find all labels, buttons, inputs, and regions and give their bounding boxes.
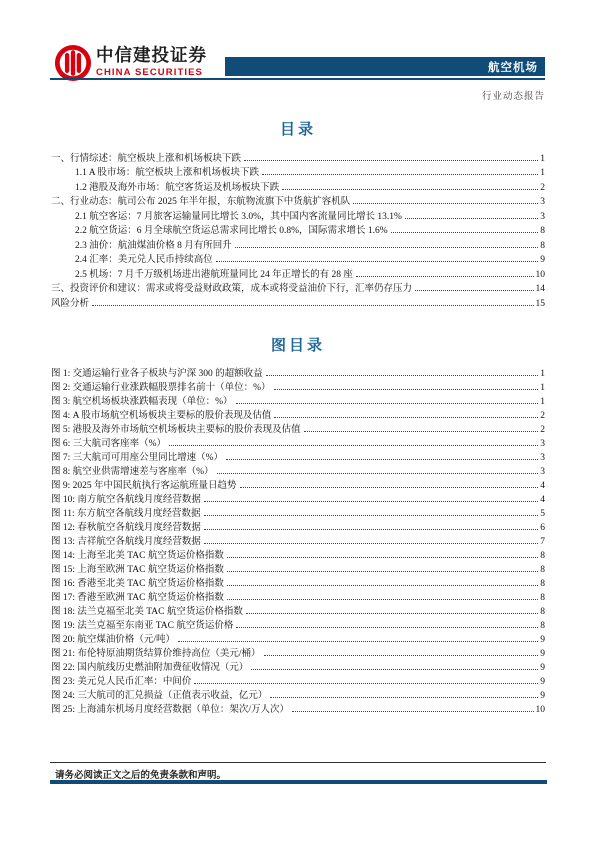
figure-entry-page: 9 (540, 635, 545, 645)
dot-leader (204, 543, 538, 544)
figure-entry[interactable]: 图 24: 三大航司的汇兑损益（正值表示收益，亿元） 9 (51, 687, 545, 701)
toc-entry[interactable]: 2.4 汇率：美元兑人民币持续高位 9 (51, 251, 545, 266)
figure-entry-page: 3 (540, 467, 545, 477)
figure-entry-label: 图 4: A 股市场航空机场板块主要标的股价表现及估值 (51, 407, 271, 421)
figure-entry[interactable]: 图 5: 港股及海外市场航空机场板块主要标的股价表现及估值 2 (51, 421, 545, 435)
dot-leader (227, 571, 538, 572)
toc-entry-label: 二、行业动态：航司公布 2025 年半年报，东航物流旗下中货航扩容机队 (51, 193, 350, 207)
dot-leader (262, 174, 538, 175)
toc-entry-label: 2.2 航空货运：6 月全球航空货运总需求同比增长 0.8%，国际需求增长 1.… (75, 222, 388, 236)
citic-logo-icon (54, 44, 92, 82)
figure-entry[interactable]: 图 13: 吉祥航空各航线月度经营数据 7 (51, 533, 545, 547)
toc-entry-label: 2.3 油价：航油煤油价格 8 月有所回升 (75, 237, 232, 251)
toc-entry[interactable]: 三、投资评价和建议：需求或将受益财政政策，成本或将受益油价下行，汇率仍存压力 1… (51, 280, 545, 295)
dot-leader (204, 515, 539, 516)
figure-entry-page: 1 (540, 397, 545, 407)
toc-entry[interactable]: 1.1 A 股市场：航空板块上涨和机场板块下跌 1 (51, 164, 545, 179)
figure-entry-label: 图 12: 春秋航空各航线月度经营数据 (51, 519, 201, 533)
toc-entry-page: 10 (536, 270, 546, 280)
figure-entry-page: 6 (540, 523, 545, 533)
toc-entry-label: 1.2 港股及海外市场：航空客货运及机场板块下跌 (75, 179, 279, 193)
figure-entry[interactable]: 图 3: 航空机场板块涨跌幅表现（单位：%） 1 (51, 393, 545, 407)
figure-entry-label: 图 3: 航空机场板块涨跌幅表现（单位：%） (51, 393, 233, 407)
toc-entry[interactable]: 一、行情综述：航空板块上涨和机场板块下跌 1 (51, 149, 545, 164)
figure-entry-label: 图 14: 上海至北美 TAC 航空货运价格指数 (51, 547, 224, 561)
figure-entry-label: 图 7: 三大航司可用座公里同比增速（%） (51, 449, 223, 463)
figure-entry-label: 图 17: 香港至欧洲 TAC 航空货运价格指数 (51, 589, 224, 603)
dot-leader (236, 627, 538, 628)
toc-entry[interactable]: 风险分析 15 (51, 294, 545, 309)
figure-entry-page: 1 (540, 383, 545, 393)
dot-leader (356, 276, 534, 277)
figure-entry-page: 2 (540, 425, 545, 435)
toc-entry[interactable]: 2.1 航空客运：7 月旅客运输量同比增长 3.0%，其中国内客流量同比增长 1… (51, 207, 545, 222)
report-type-label: 行业动态报告 (482, 88, 545, 102)
dot-leader (227, 599, 538, 600)
footer-rule-thin (50, 762, 546, 763)
toc-entry-label: 2.4 汇率：美元兑人民币持续高位 (75, 251, 213, 265)
dot-leader (266, 375, 539, 376)
toc-entry-page: 8 (540, 226, 545, 236)
toc-entry-page: 8 (540, 241, 545, 251)
figure-entry-page: 9 (540, 677, 545, 687)
toc-entry[interactable]: 二、行业动态：航司公布 2025 年半年报，东航物流旗下中货航扩容机队 3 (51, 193, 545, 208)
dot-leader (92, 305, 533, 306)
figure-entry-page: 4 (540, 495, 545, 505)
dot-leader (292, 711, 533, 712)
figure-entry[interactable]: 图 12: 春秋航空各航线月度经营数据 6 (51, 519, 545, 533)
dot-leader (264, 655, 539, 656)
toc-entry-label: 2.1 航空客运：7 月旅客运输量同比增长 3.0%，其中国内客流量同比增长 1… (75, 208, 402, 222)
dot-leader (235, 247, 538, 248)
figure-entry-page: 8 (540, 565, 545, 575)
toc-entry-label: 1.1 A 股市场：航空板块上涨和机场板块下跌 (75, 164, 259, 178)
dot-leader (270, 697, 538, 698)
toc-entry-page: 15 (536, 299, 546, 309)
figure-entry-page: 8 (540, 621, 545, 631)
dot-leader (216, 261, 538, 262)
figure-entry-page: 8 (540, 607, 545, 617)
footer-disclaimer: 请务必阅读正文之后的免责条款和声明。 (55, 767, 226, 781)
figure-entry[interactable]: 图 2: 交通运输行业涨跌幅股票排名前十（单位：%） 1 (51, 379, 545, 393)
toc-entry[interactable]: 1.2 港股及海外市场：航空客货运及机场板块下跌 2 (51, 178, 545, 193)
figure-entry-label: 图 16: 香港至北美 TAC 航空货运价格指数 (51, 575, 224, 589)
figure-entry[interactable]: 图 7: 三大航司可用座公里同比增速（%） 3 (51, 449, 545, 463)
figure-entry[interactable]: 图 22: 国内航线历史燃油附加费征收情况（元） 9 (51, 659, 545, 673)
figure-entry[interactable]: 图 21: 布伦特原油期货结算价维持高位（美元/桶） 9 (51, 645, 545, 659)
figure-entry[interactable]: 图 9: 2025 年中国民航执行客运航班量日趋势 4 (51, 477, 545, 491)
figure-entry[interactable]: 图 18: 法兰克福至北美 TAC 航空货运价格指数 8 (51, 603, 545, 617)
figure-entry-label: 图 22: 国内航线历史燃油附加费征收情况（元） (51, 659, 248, 673)
dot-leader (204, 529, 538, 530)
toc-entry-label: 2.5 机场：7 月千万级机场进出港航班量同比 24 年正增长的有 28 座 (75, 266, 353, 280)
figure-entry-label: 图 10: 南方航空各航线月度经营数据 (51, 491, 201, 505)
figure-entry-page: 2 (540, 411, 545, 421)
brand-name-en: CHINA SECURITIES (96, 68, 207, 78)
header-rule (50, 78, 545, 80)
dot-leader (304, 431, 539, 432)
figure-entry-label: 图 8: 航空业供需增速差与客座率（%） (51, 463, 214, 477)
figure-entry[interactable]: 图 19: 法兰克福至东南亚 TAC 航空货运价格 8 (51, 617, 545, 631)
figure-entry[interactable]: 图 20: 航空煤油价格（元/吨） 9 (51, 631, 545, 645)
brand-text: 中信建投证券 CHINA SECURITIES (96, 47, 207, 77)
figure-entry-label: 图 25: 上海浦东机场月度经营数据（单位：架次/万人次） (51, 701, 289, 715)
toc-entry-page: 1 (540, 154, 545, 164)
figure-entry-page: 9 (540, 663, 545, 673)
figure-list-title: 图目录 (51, 334, 545, 355)
figure-entry[interactable]: 图 16: 香港至北美 TAC 航空货运价格指数 8 (51, 575, 545, 589)
toc-list: 一、行情综述：航空板块上涨和机场板块下跌 1 1.1 A 股市场：航空板块上涨和… (51, 149, 545, 309)
figure-entry[interactable]: 图 17: 香港至欧洲 TAC 航空货运价格指数 8 (51, 589, 545, 603)
footer-rule-thick (50, 780, 547, 784)
figure-entry-page: 10 (536, 705, 546, 715)
figure-entry-page: 4 (540, 481, 545, 491)
toc-entry-page: 3 (540, 212, 545, 222)
main-content: 目录 一、行情综述：航空板块上涨和机场板块下跌 1 1.1 A 股市场：航空板块… (51, 112, 545, 715)
toc-entry-page: 2 (540, 183, 545, 193)
figure-entry-page: 8 (540, 579, 545, 589)
figure-entry[interactable]: 图 23: 美元兑人民币汇率：中间价 9 (51, 673, 545, 687)
dot-leader (282, 189, 538, 190)
dot-leader (246, 613, 538, 614)
figure-entry[interactable]: 图 11: 东方航空各航线月度经营数据 5 (51, 505, 545, 519)
figure-entry-label: 图 2: 交通运输行业涨跌幅股票排名前十（单位：%） (51, 379, 271, 393)
figure-entry-page: 9 (540, 649, 545, 659)
figure-entry[interactable]: 图 4: A 股市场航空机场板块主要标的股价表现及估值 2 (51, 407, 545, 421)
brand-name-cn: 中信建投证券 (96, 47, 207, 65)
figure-entry[interactable]: 图 10: 南方航空各航线月度经营数据 4 (51, 491, 545, 505)
dot-leader (217, 473, 539, 474)
dot-leader (391, 232, 539, 233)
toc-entry[interactable]: 2.3 油价：航油煤油价格 8 月有所回升 8 (51, 236, 545, 251)
figure-entry-page: 7 (540, 537, 545, 547)
toc-entry-page: 9 (540, 255, 545, 265)
figure-entry-page: 8 (540, 551, 545, 561)
figure-entry-page: 1 (540, 369, 545, 379)
figure-entry[interactable]: 图 25: 上海浦东机场月度经营数据（单位：架次/万人次） 10 (51, 701, 545, 715)
dot-leader (274, 389, 539, 390)
figure-entry-page: 3 (540, 453, 545, 463)
figure-entry-page: 9 (540, 691, 545, 701)
dot-leader (178, 641, 538, 642)
figure-entry-page: 3 (540, 439, 545, 449)
figure-entry-label: 图 1: 交通运输行业各子板块与沪深 300 的超额收益 (51, 365, 263, 379)
toc-entry-page: 1 (540, 168, 545, 178)
figure-entry-page: 5 (540, 509, 545, 519)
dot-leader (251, 669, 538, 670)
figure-list: 图 1: 交通运输行业各子板块与沪深 300 的超额收益 1 图 2: 交通运输… (51, 365, 545, 715)
toc-entry[interactable]: 2.2 航空货运：6 月全球航空货运总需求同比增长 0.8%，国际需求增长 1.… (51, 222, 545, 237)
figure-entry-label: 图 13: 吉祥航空各航线月度经营数据 (51, 533, 201, 547)
dot-leader (236, 403, 539, 404)
dot-leader (226, 459, 538, 460)
figure-entry-label: 图 5: 港股及海外市场航空机场板块主要标的股价表现及估值 (51, 421, 301, 435)
category-tag-label: 航空机场 (488, 59, 538, 75)
figure-entry-label: 图 15: 上海至欧洲 TAC 航空货运价格指数 (51, 561, 224, 575)
figure-entry-label: 图 24: 三大航司的汇兑损益（正值表示收益，亿元） (51, 687, 267, 701)
dot-leader (405, 218, 538, 219)
toc-entry-label: 风险分析 (51, 295, 89, 309)
figure-entry[interactable]: 图 15: 上海至欧洲 TAC 航空货运价格指数 8 (51, 561, 545, 575)
figure-entry-label: 图 11: 东方航空各航线月度经营数据 (51, 505, 201, 519)
toc-entry-page: 14 (536, 284, 546, 294)
figure-entry[interactable]: 图 14: 上海至北美 TAC 航空货运价格指数 8 (51, 547, 545, 561)
report-page: 中信建投证券 CHINA SECURITIES 航空机场 行业动态报告 目录 一… (0, 0, 595, 842)
figure-entry-label: 图 19: 法兰克福至东南亚 TAC 航空货运价格 (51, 617, 233, 631)
figure-entry-label: 图 23: 美元兑人民币汇率：中间价 (51, 673, 191, 687)
dot-leader (415, 290, 533, 291)
dot-leader (227, 585, 538, 586)
toc-entry[interactable]: 2.5 机场：7 月千万级机场进出港航班量同比 24 年正增长的有 28 座 1… (51, 265, 545, 280)
figure-entry[interactable]: 图 8: 航空业供需增速差与客座率（%） 3 (51, 463, 545, 477)
toc-title: 目录 (51, 118, 545, 139)
dot-leader (353, 203, 538, 204)
figure-entry-label: 图 18: 法兰克福至北美 TAC 航空货运价格指数 (51, 603, 243, 617)
dot-leader (227, 557, 538, 558)
figure-entry-label: 图 21: 布伦特原油期货结算价维持高位（美元/桶） (51, 645, 261, 659)
dot-leader (274, 417, 538, 418)
dot-leader (169, 445, 538, 446)
figure-entry-label: 图 6: 三大航司客座率（%） (51, 435, 166, 449)
dot-leader (204, 501, 538, 502)
category-tag: 航空机场 (225, 57, 545, 76)
figure-entry[interactable]: 图 1: 交通运输行业各子板块与沪深 300 的超额收益 1 (51, 365, 545, 379)
toc-entry-label: 一、行情综述：航空板块上涨和机场板块下跌 (51, 150, 241, 164)
dot-leader (244, 160, 538, 161)
figure-entry[interactable]: 图 6: 三大航司客座率（%） 3 (51, 435, 545, 449)
figure-entry-label: 图 20: 航空煤油价格（元/吨） (51, 631, 175, 645)
toc-entry-page: 3 (540, 197, 545, 207)
dot-leader (240, 487, 539, 488)
figure-entry-page: 8 (540, 593, 545, 603)
toc-entry-label: 三、投资评价和建议：需求或将受益财政政策，成本或将受益油价下行，汇率仍存压力 (51, 280, 412, 294)
figure-entry-label: 图 9: 2025 年中国民航执行客运航班量日趋势 (51, 477, 237, 491)
dot-leader (194, 683, 538, 684)
